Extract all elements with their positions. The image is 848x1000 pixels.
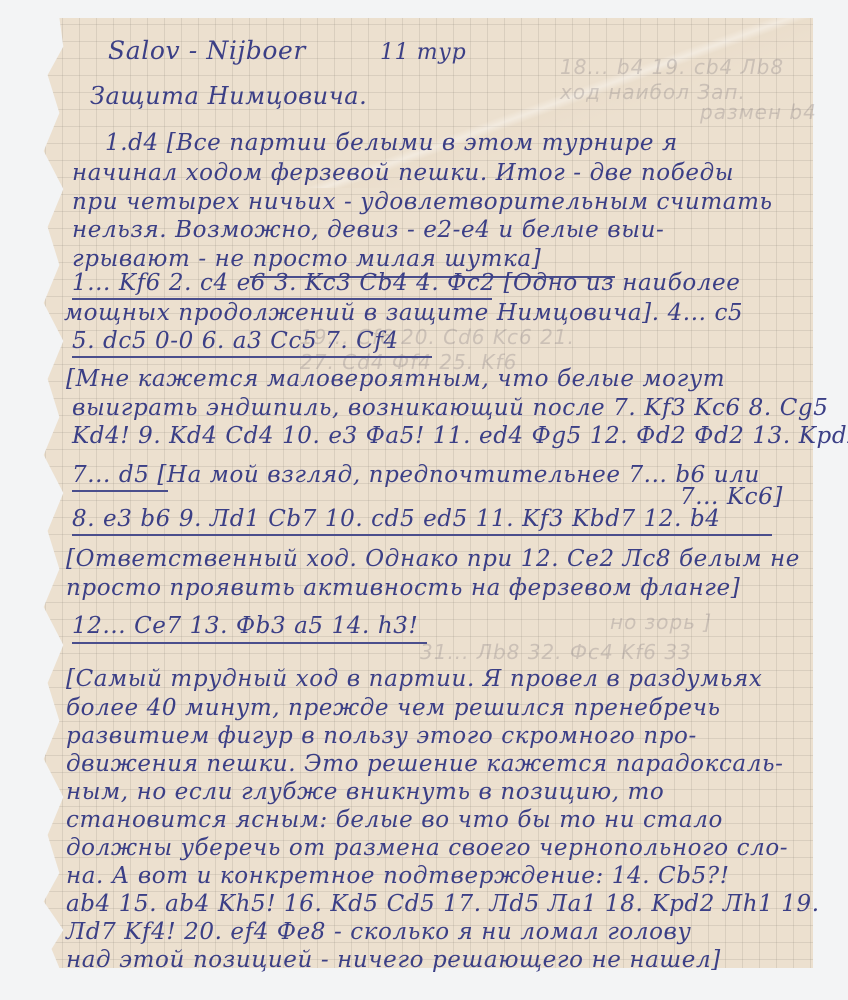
annotation-line: развитием фигур в пользу этого скромного… — [66, 725, 697, 748]
move-line: 7... d5 [На мой взгляд, предпочтительнее… — [72, 464, 760, 487]
bleed-through-text: 31... Лb8 32. Фc4 Kf6 33 — [420, 640, 692, 664]
annotation-line: [Ответственный ход. Однако при 12. Ce2 Л… — [66, 548, 800, 571]
move-line: 8. e3 b6 9. Лd1 Cb7 10. cd5 ed5 11. Kf3 … — [72, 508, 721, 531]
underline — [72, 356, 432, 358]
move-line: 5. dc5 0-0 6. a3 Cc5 7. Cf4 — [72, 330, 399, 353]
annotation-line: мощных продолжений в защите Нимцовича]. … — [64, 302, 743, 325]
annotation-line: просто проявить активность на ферзевом ф… — [66, 577, 740, 600]
underline — [72, 642, 427, 644]
annotation-line: Kd4! 9. Kd4 Cd4 10. e3 Фa5! 11. ed4 Фg5 … — [72, 425, 848, 448]
underline — [72, 490, 168, 492]
annotation-line: начинал ходом ферзевой пешки. Итог - две… — [72, 162, 734, 185]
scanned-document: 18... b4 19. cb4 Лb8 ход наибол Зап. раз… — [0, 0, 848, 1000]
annotation-line: должны уберечь от размена своего чернопо… — [66, 837, 788, 860]
underline — [72, 534, 772, 536]
annotation-line: 1.d4 [Все партии белыми в этом турнире я — [105, 132, 678, 155]
opening-name: Защита Нимцовича. — [90, 84, 367, 108]
annotation-line: ab4 15. ab4 Kh5! 16. Kd5 Cd5 17. Лd5 Лa1… — [66, 893, 820, 916]
annotation-line: на. А вот и конкретное подтверждение: 14… — [66, 865, 730, 888]
annotation-line: [Мне кажется маловероятным, что белые мо… — [66, 368, 725, 391]
annotation-line: выиграть эндшпиль, возникающий после 7. … — [72, 397, 828, 420]
move-line: 12... Ce7 13. Фb3 a5 14. h3! — [72, 615, 418, 638]
annotation-line: нельзя. Возможно, девиз - e2-e4 и белые … — [72, 219, 664, 242]
annotation-line: грывают - не просто милая шутка] — [72, 248, 541, 271]
annotation-line: над этой позицией - ничего решающего не … — [66, 949, 721, 972]
annotation-line: более 40 минут, прежде чем решился прене… — [66, 697, 721, 720]
annotation-line: при четырех ничьих - удовлетворительным … — [72, 191, 773, 214]
annotation-line: движения пешки. Это решение кажется пара… — [66, 753, 784, 776]
annotation-line: Лd7 Kf4! 20. ef4 Фe8 - сколько я ни лома… — [66, 921, 692, 944]
annotation-line: становится ясным: белые во что бы то ни … — [66, 809, 723, 832]
annotation-line: ным, но если глубже вникнуть в позицию, … — [66, 781, 664, 804]
annotation-line: [Самый трудный ход в партии. Я провел в … — [66, 668, 762, 691]
bleed-through-text: но зорь ] — [610, 610, 712, 634]
players-heading: Salov - Nijboer — [108, 38, 306, 63]
bleed-through-text: 18... b4 19. cb4 Лb8 — [560, 55, 784, 79]
round-label: 11 тур — [380, 42, 466, 64]
move-line: 1... Kf6 2. c4 e6 3. Kc3 Cb4 4. Фc2 [Одн… — [72, 272, 740, 295]
bleed-through-text: размен b4 — [700, 100, 817, 124]
